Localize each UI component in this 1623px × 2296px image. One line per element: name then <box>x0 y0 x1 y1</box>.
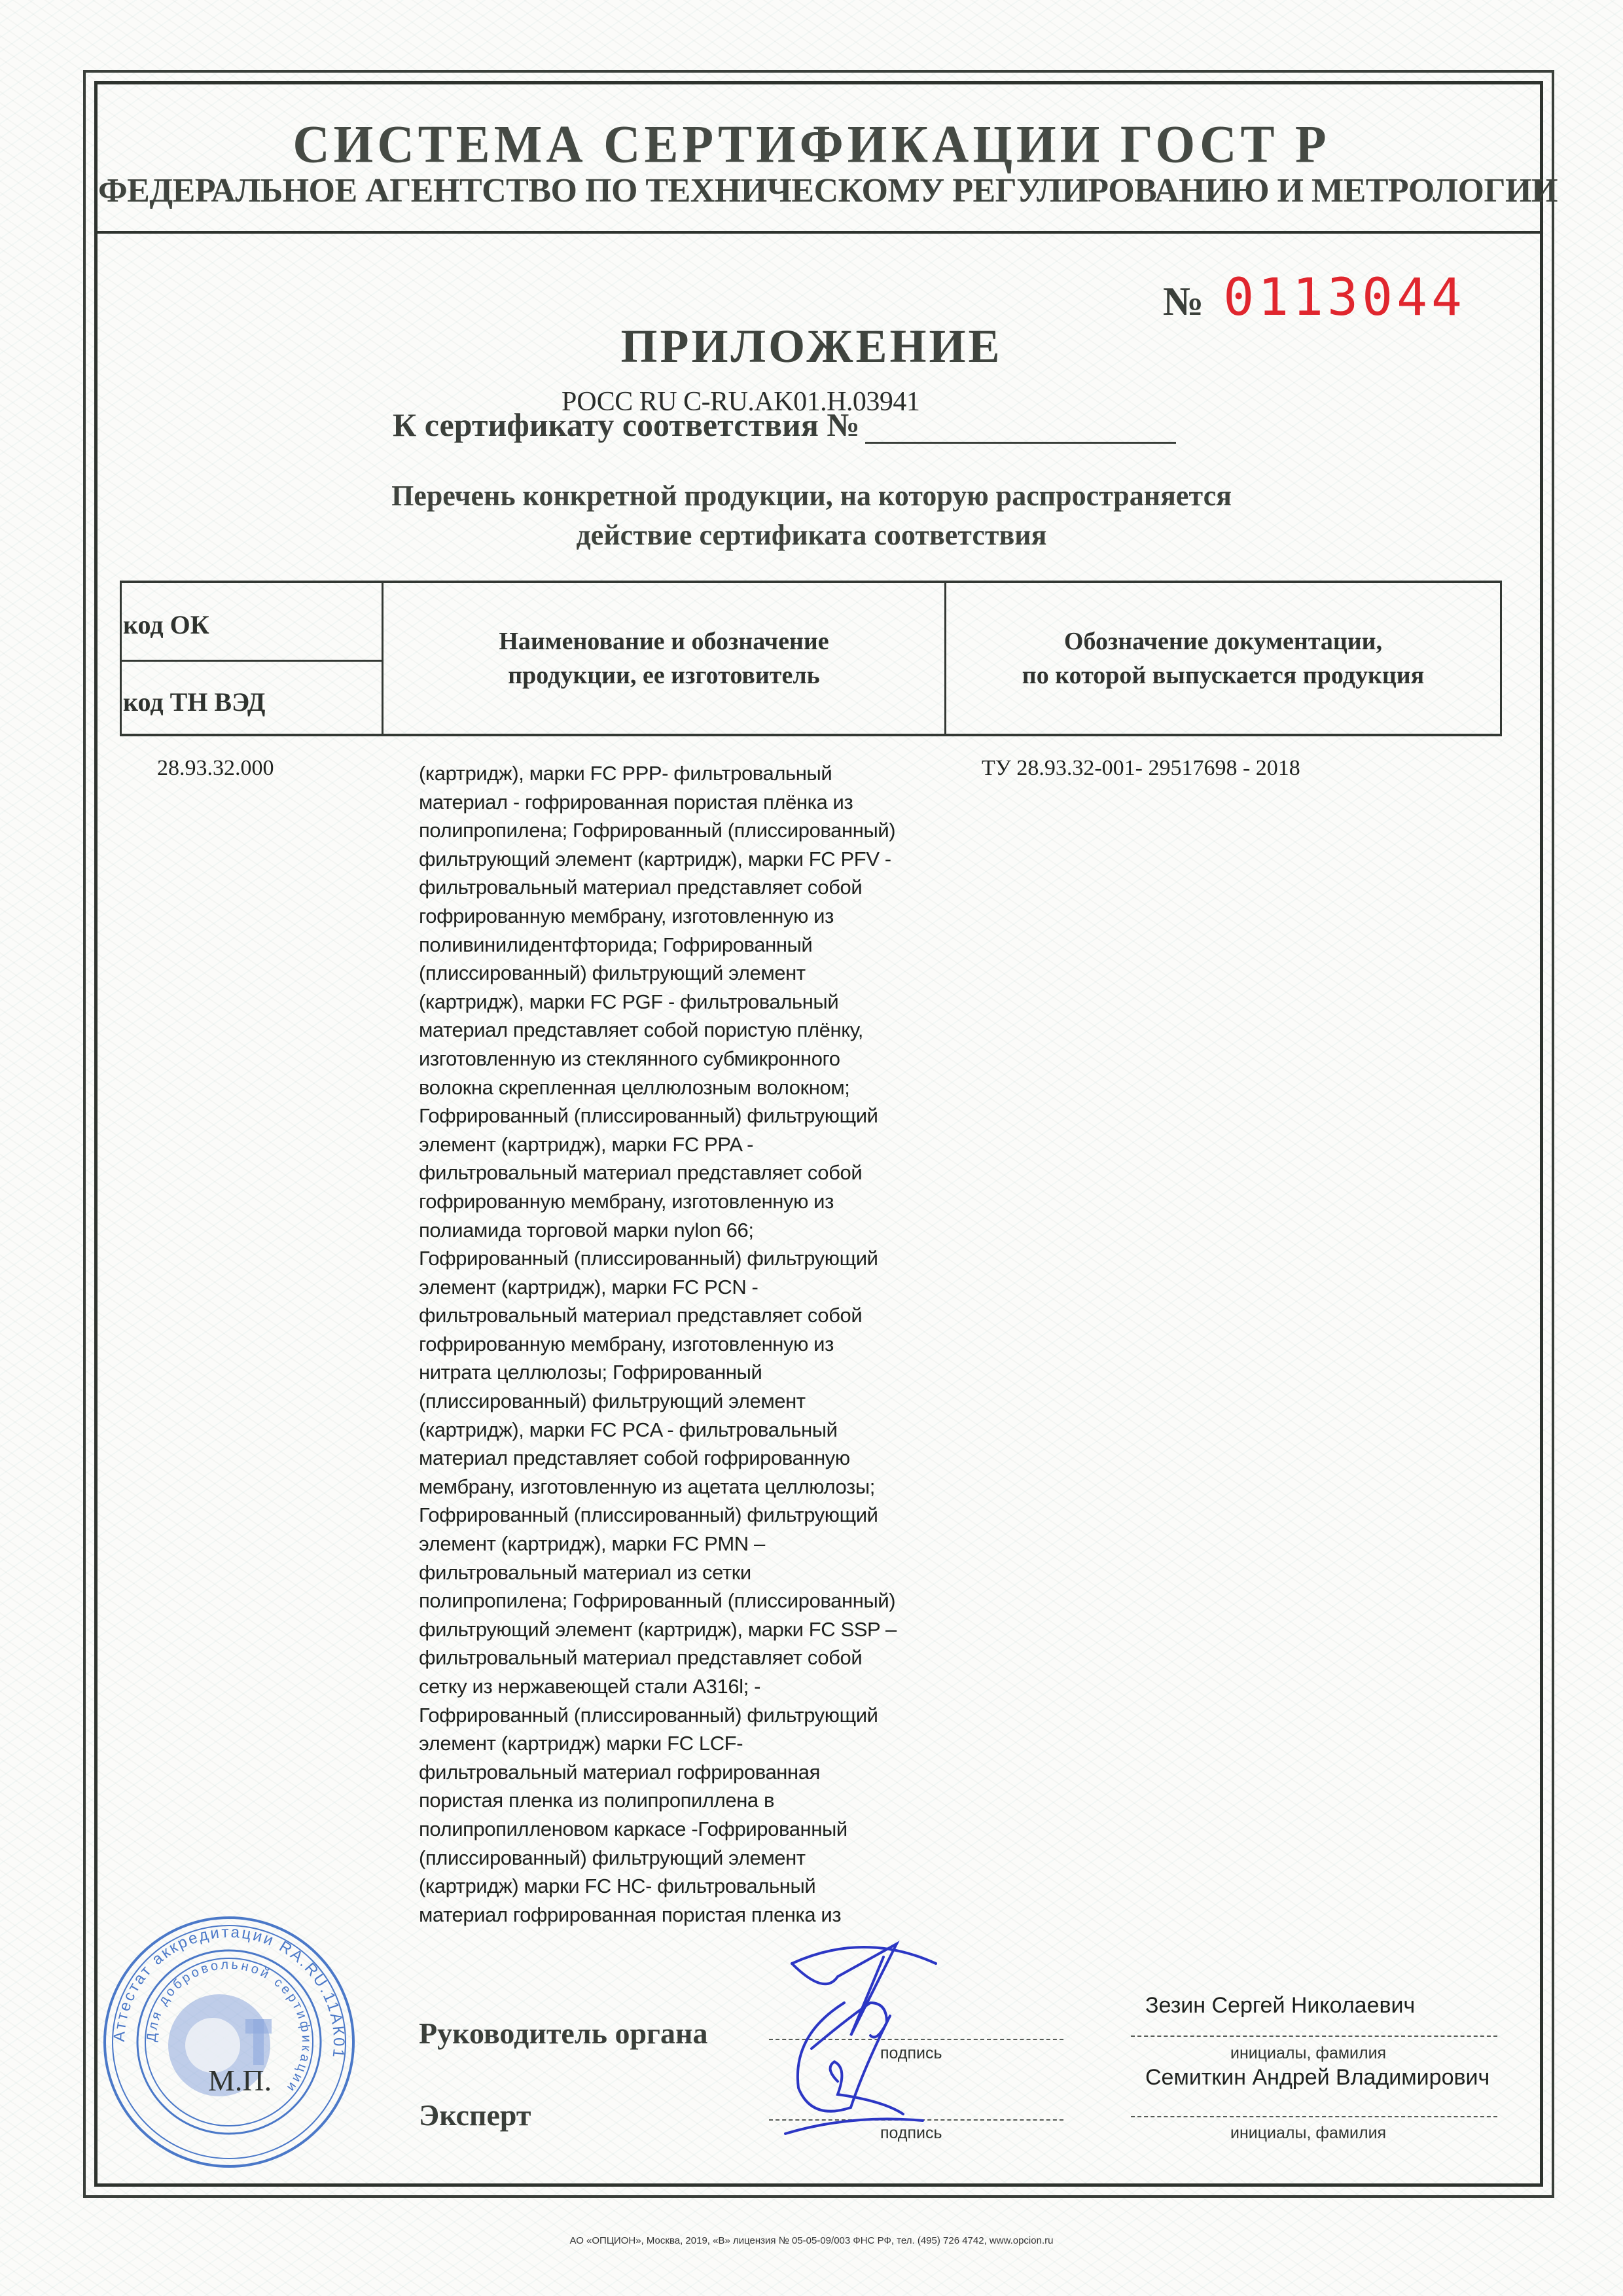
product-description-line: элемент (картридж), марки FC PMN – <box>419 1530 982 1558</box>
product-description-line: гофрированную мембрану, изготовленную из <box>419 1330 982 1359</box>
product-description-line: (картридж) марки FC HC- фильтровальный <box>419 1872 982 1901</box>
head-name-line <box>1131 2036 1497 2037</box>
expert-name: Семиткин Андрей Владимирович <box>1145 2065 1489 2090</box>
product-description-line: Гофрированный (плиссированный) фильтрующ… <box>419 1102 982 1130</box>
product-description-line: полипропилена; Гофрированный (плиссирова… <box>419 1587 982 1615</box>
product-description-line: полипропилена; Гофрированный (плиссирова… <box>419 816 982 845</box>
stamp-icon: Аттестат аккредитации RA.RU.11АК01 Для д… <box>98 1911 360 2173</box>
product-description-line: фильтровальный материал представляет соб… <box>419 873 982 902</box>
product-description-line: фильтровальный материал представляет соб… <box>419 1158 982 1187</box>
product-description-line: материал гофрированная пористая пленка и… <box>419 1901 982 1929</box>
product-description-line: полипропилленовом каркасе -Гофрированный <box>419 1815 982 1844</box>
product-description-line: гофрированную мембрану, изготовленную из <box>419 1187 982 1216</box>
expert-name-line <box>1131 2116 1497 2117</box>
head-name-caption: инициалы, фамилия <box>1230 2044 1386 2063</box>
product-description-line: сетку из нержавеющей стали A316l; - <box>419 1672 982 1701</box>
product-description-line: фильтровальный материал из сетки <box>419 1558 982 1587</box>
handwritten-signature-icon <box>772 1937 1021 2147</box>
system-title: СИСТЕМА СЕРТИФИКАЦИИ ГОСТ Р <box>0 113 1623 175</box>
product-description-line: (плиссированный) фильтрующий элемент <box>419 1844 982 1873</box>
head-label: Руководитель органа <box>419 2016 707 2051</box>
product-description-line: фильтровальный материал представляет соб… <box>419 1301 982 1330</box>
product-description-line: (картридж), марки FC PGF - фильтровальны… <box>419 988 982 1016</box>
product-description-line: элемент (картридж), марки FC PCN - <box>419 1273 982 1302</box>
product-description-line: поливинилидентфторида; Гофрированный <box>419 931 982 960</box>
product-description-line: элемент (картридж) марки FC LCF- <box>419 1729 982 1758</box>
expert-label: Эксперт <box>419 2098 531 2132</box>
product-description-line: нитрата целлюлозы; Гофрированный <box>419 1358 982 1387</box>
stamp-label: М.П. <box>208 2063 272 2098</box>
printer-footer: АО «ОПЦИОН», Москва, 2019, «В» лицензия … <box>0 2235 1623 2246</box>
product-description-line: материал - гофрированная пористая плёнка… <box>419 788 982 817</box>
product-description-line: Гофрированный (плиссированный) фильтрующ… <box>419 1244 982 1273</box>
row-code: 28.93.32.000 <box>157 756 274 781</box>
product-description-line: (плиссированный) фильтрующий элемент <box>419 1387 982 1416</box>
row-document: ТУ 28.93.32-001- 29517698 - 2018 <box>982 756 1300 781</box>
product-description-line: фильтровальный материал гофрированная <box>419 1758 982 1787</box>
product-description-line: полиамида торговой марки nylon 66; <box>419 1216 982 1245</box>
product-description-line: элемент (картридж), марки FC PPA - <box>419 1130 982 1159</box>
product-description-line: гофрированную мембрану, изготовленную из <box>419 902 982 931</box>
number-sign: № <box>1163 279 1204 325</box>
product-header-line-1: Наименование и обозначение <box>499 624 829 658</box>
agency-title: ФЕДЕРАЛЬНОЕ АГЕНТСТВО ПО ТЕХНИЧЕСКОМУ РЕ… <box>98 171 1543 210</box>
subtitle-line-1: Перечень конкретной продукции, на котору… <box>0 476 1623 516</box>
product-description-line: материал представляет собой пористую плё… <box>419 1016 982 1045</box>
code-column-header: код ОК код ТН ВЭД <box>120 583 383 734</box>
product-column-header: Наименование и обозначение продукции, ее… <box>383 583 946 734</box>
form-number: № 0113044 <box>1163 268 1466 327</box>
appendix-title: ПРИЛОЖЕНИЕ <box>0 319 1623 374</box>
certificate-number: РОСС RU C-RU.AK01.H.03941 <box>562 386 919 418</box>
docs-header-line-2: по которой выпускается продукция <box>1022 658 1424 692</box>
form-number-value: 0113044 <box>1223 268 1466 327</box>
head-name: Зезин Сергей Николаевич <box>1145 1993 1415 2018</box>
product-description-line: пористая пленка из полипропиллена в <box>419 1786 982 1815</box>
product-description-line: Гофрированный (плиссированный) фильтрующ… <box>419 1701 982 1730</box>
documentation-column-header: Обозначение документации, по которой вып… <box>946 583 1500 734</box>
code-ok-cell: код ОК <box>122 583 382 662</box>
product-description-line: фильтрующий элемент (картридж), марки FC… <box>419 1615 982 1644</box>
code-ok-label: код ОК <box>123 609 209 640</box>
product-description-line: материал представляет собой гофрированну… <box>419 1444 982 1473</box>
product-description-line: волокна скрепленная целлюлозным волокном… <box>419 1073 982 1102</box>
product-description-line: мембрану, изготовленную из ацетата целлю… <box>419 1473 982 1501</box>
code-tn-ved-label: код ТН ВЭД <box>123 687 265 717</box>
product-description-line: изготовленную из стеклянного субмикронно… <box>419 1045 982 1073</box>
subtitle-line-2: действие сертификата соответствия <box>0 516 1623 555</box>
docs-header-line-1: Обозначение документации, <box>1022 624 1424 658</box>
product-description-line: (картридж), марки FC PPP- фильтровальный <box>419 759 982 788</box>
list-subtitle: Перечень конкретной продукции, на котору… <box>0 476 1623 555</box>
product-description-line: фильтрующий элемент (картридж), марки FC… <box>419 845 982 874</box>
expert-name-caption: инициалы, фамилия <box>1230 2124 1386 2143</box>
product-header-line-2: продукции, ее изготовитель <box>499 658 829 692</box>
product-description-line: (картридж), марки FC PCA - фильтровальны… <box>419 1416 982 1444</box>
product-description-line: фильтровальный материал представляет соб… <box>419 1643 982 1672</box>
row-product-description: (картридж), марки FC PPP- фильтровальный… <box>419 759 982 1929</box>
product-description-line: (плиссированный) фильтрующий элемент <box>419 959 982 988</box>
table-header: код ОК код ТН ВЭД Наименование и обознач… <box>120 581 1502 736</box>
product-description-line: Гофрированный (плиссированный) фильтрующ… <box>419 1501 982 1530</box>
